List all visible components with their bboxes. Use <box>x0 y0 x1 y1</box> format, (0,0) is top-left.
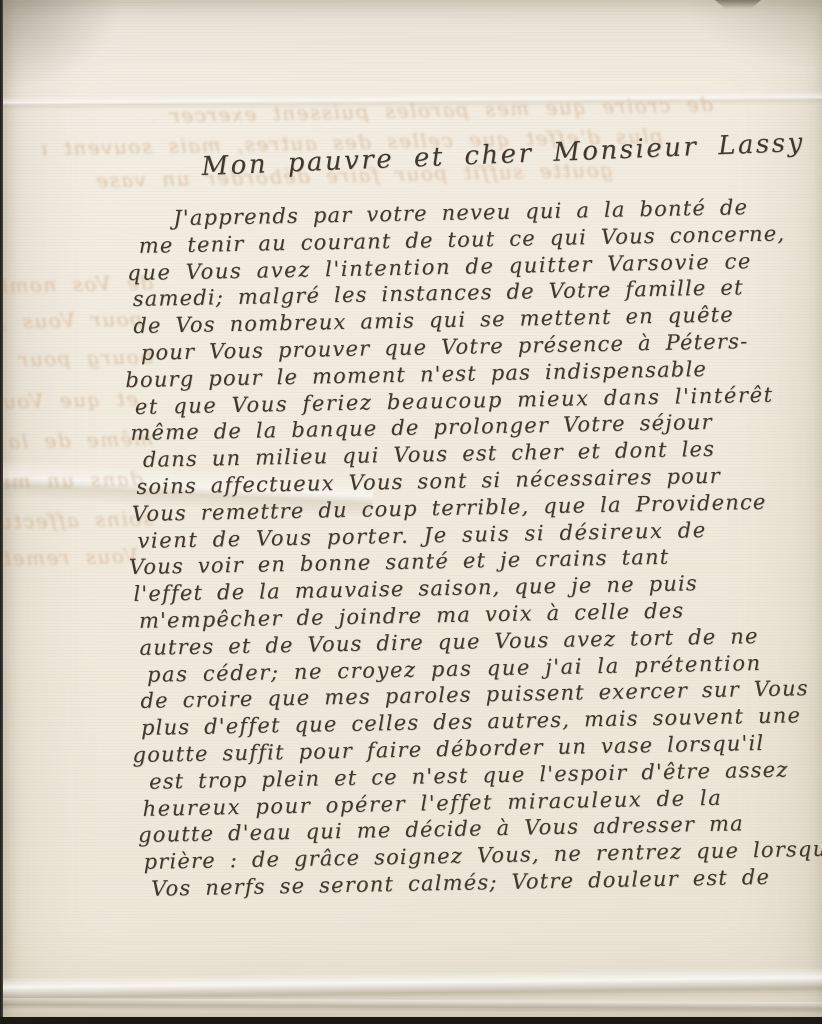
scan-shadow-top-right <box>682 0 822 70</box>
letter-paper-sheet: de croire que mes paroles puissent exerc… <box>3 0 822 1017</box>
verso-bleedthrough-text: dans un milieu qui Vous est cher et dont… <box>3 467 143 494</box>
letter-body: J'apprends par votre neveu qui a la bont… <box>131 192 822 902</box>
fold-crease-bottom-secondary <box>0 998 822 1014</box>
verso-bleedthrough-text: soins affectueux Vous sont si nécessaire… <box>3 506 153 533</box>
scanned-letter-page: de croire que mes paroles puissent exerc… <box>0 0 822 1024</box>
scan-shadow-top-left <box>3 0 123 90</box>
verso-bleedthrough-text: pour Vous prouver que Votre présence à P… <box>3 307 143 334</box>
verso-bleedthrough-text: et que Vous feriez beaucoup mieux dans l… <box>3 387 138 414</box>
scan-edge-left <box>0 0 3 1024</box>
scan-edge-bottom <box>0 1017 822 1024</box>
verso-bleedthrough-text: Vous remettre du coup terrible, que la P… <box>3 544 138 571</box>
